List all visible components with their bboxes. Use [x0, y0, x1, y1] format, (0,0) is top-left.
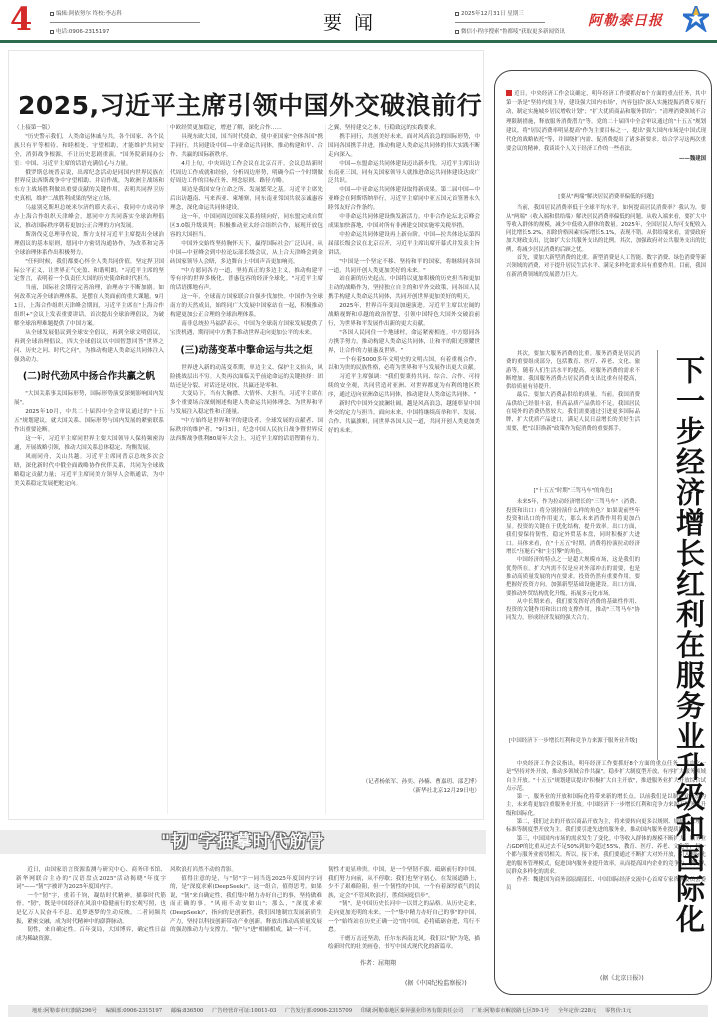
feature-author: ——魏建国: [506, 155, 706, 164]
paragraph: "中方愿同各方一道，坚持真正的多边主义，推动构建平等有序的世界多极化、普惠包容的…: [170, 267, 323, 294]
paragraph: "中国是一个坚定不移、坚持和平的国家，将继续同各国一道，共同开创人类更加美好的未…: [328, 258, 480, 276]
feature-section-1: [要从"两端"解决居民消费率偏低的问题] 当前，我国居民消费率低于全球平均水平。…: [506, 190, 706, 350]
main-story-column-1: （上接第一版） "历史警示我们，人类命运休戚与共，各个国家、各个民族只有平等相待…: [14, 124, 164, 812]
footer-retail-price: 零售价:1元: [605, 1008, 631, 1014]
newspaper-star-logo-icon: [683, 6, 709, 32]
paragraph: 当前，国际社会期待完善治理，治理赤字不断加剧。如何改革完善全球治理体系，是摆在人…: [14, 284, 164, 329]
paragraph: "各国人民同住一个地球村，命运紧密相连。中方愿同各方携手努力，推动构建人类命运共…: [328, 329, 480, 356]
paragraph: 风吹浪打岿然不动的背影。: [170, 866, 322, 875]
page-header: 4 编辑:阿依努尔 终校:李志科 电话:0906-2315197 要闻 2025…: [0, 0, 717, 38]
bottom-story-column-3: 韧性才更显珍贵。中国，是一个坚韧不拔、砥砺前行的中国。我们努力向前，从不停歇；我…: [328, 866, 480, 956]
paragraph: 一个"韧"字，重若千钧，凝结时代精神，描摹时代筋骨。"韧"，既是中国经济在风浪中…: [16, 892, 166, 926]
header-rule: [0, 40, 717, 43]
feature-source: (据《北京日报》): [600, 973, 644, 982]
paragraph: 携手同行，共创美好未来。面对风高浪急的国际形势，中国同各国携手并进，推动构建人类…: [328, 133, 480, 160]
footer-annual-price: 全年定价:228元: [558, 1008, 596, 1014]
column-divider: [325, 124, 326, 814]
paragraph: 新时代中国外交波澜壮阔，越是风高浪急，越能彰显中国外交的定力与担当。面向未来，中…: [328, 400, 480, 436]
dateline: （新华社北京12月29日电）: [328, 787, 480, 796]
checkbox-bullet-icon: [50, 12, 54, 16]
paragraph: 从全球发展倡议到全球安全倡议，再到全球文明倡议，再到全球治理倡议，四大全球倡议以…: [14, 329, 164, 365]
paragraph: 中国外交始终坚持胸怀天下，赢得国际社会广泛认同。从中国—中亚峰会到中拉论坛部长级…: [170, 240, 323, 267]
paragraph: 值得注意的是，与"韧"字一同当选2025年度国内字词的，是"深度求索(DeepS…: [170, 875, 322, 935]
newspaper-logo-text: 阿勒泰日报: [588, 10, 663, 30]
checkbox-bullet-icon: [455, 12, 459, 16]
feature-subheading: [中国经济下一步增长红利和竞争力来源于服务业升级]: [506, 737, 640, 745]
main-story-column-3: 之翼，坚持建交之本，行稳致远的实践要求。 携手同行，共创美好未来。面对风高浪急的…: [328, 124, 480, 776]
subheading-2: (二)时代劲风中扬合作共赢之帆: [14, 370, 164, 384]
paragraph: 风雨同舟，关山共越。习近平主席同普京总统多次会晤，深化新时代中俄全面战略协作伙伴…: [14, 453, 164, 489]
feature-vertical-title: 下一步经济增长红利在服务业升级和国际化: [664, 355, 704, 935]
footer-address: 地址:阿勒泰市红旗路296号: [32, 1008, 97, 1014]
paragraph: 近日，由国家语言资源监测与研究中心、商务印书馆、新华网联合主办的"汉语盘点202…: [16, 866, 166, 892]
footer-postcode: 邮编:836500: [171, 1008, 204, 1014]
paragraph: "大国关系事关国际形势，国际形势演变深刻影响国内发展"。: [14, 390, 164, 408]
wechat-line: 微信小程序搜索"鲁都唛"获取更多新闻资讯: [461, 28, 565, 36]
paragraph: 这一年，习近平主席同世界主要大国领导人保持频密沟通，开展战略引领，推动大国关系总…: [14, 435, 164, 453]
paragraph: 斯洛伐克总理菲佐说，斯方支持习近平主席提出全球治理倡议的基本原则，愿同中方密切沟…: [14, 231, 164, 258]
paragraph: 这一年，中国同周边国家关系持续向好，同东盟完成自贸区3.0版升级谈判；积极推动亚…: [170, 213, 323, 240]
paragraph: 中非命运共同体建设焕发新活力。中非合作论坛北京峰会成果加快落地，中国对所有非洲建…: [328, 213, 480, 231]
paragraph: 中欧经贸更加稳定，增进了解，深化合作……: [170, 124, 323, 133]
paragraph: 最后，要加大消费品供给的质量。当前，我国消费品供给已经很丰富，但高品质产品供给不…: [506, 391, 640, 432]
paragraph: "任何时候，我们都要心怀全人类共同价值，坚定捍卫国际公平正义，让世界正气充盈、和…: [14, 258, 164, 285]
paragraph: 从中长期来看，我们要发挥好消费的基础性作用、投资的关键作用和出口的支撑作用，推动…: [506, 598, 640, 623]
footer-ad-phone: 广告发行部:0906-2315709: [285, 1008, 352, 1014]
phone-line: 电话:0906-2315197: [56, 28, 109, 36]
subheading-3: (三)动荡变革中擎命运与共之炬: [170, 344, 323, 358]
footer-ad-license: 广告经营许可证:10011-03: [212, 1008, 276, 1014]
feature-intro-text: 近日，中央经济工作会议确定，明年经济工作要抓好8个方面的重点任务，其中第一条是"…: [506, 91, 706, 152]
editor-line: 编辑:阿依努尔 终校:李志科: [56, 10, 122, 18]
bottom-story-column-1: 近日，由国家语言资源监测与研究中心、商务印书馆、新华网联合主办的"汉语盘点202…: [16, 866, 166, 986]
bottom-story-source: (据《中国纪检监察报》): [405, 978, 467, 987]
paragraph: 韧性才更显珍贵。中国，是一个坚韧不拔、砥砺前行的中国。我们努力向前，从不停歇；我…: [328, 866, 480, 900]
paragraph: 未来5年，作为拉动经济增长的"三驾马车"（消费、投资和出口）将分别扮演什么样的角…: [506, 498, 640, 556]
page-number: 4: [10, 2, 32, 36]
feature-section-1-cont: 其次，要加大服务消费的比重。服务消费是居民消费的重要组成部分，包括教育、医疗、养…: [506, 350, 640, 480]
feature-subheading: ["十五五"时期"三驾马车"的角色]: [506, 487, 640, 495]
bottom-story-title: "韧"字描摹时代筋骨: [0, 830, 486, 854]
main-headline: 2025,习近平主席引领中国外交破浪前行: [18, 86, 478, 122]
paragraph: "中方始终是世界和平的建设者、全球发展的贡献者、国际秩序的维护者。"9月3日，纪…: [170, 417, 323, 444]
paragraph: 这一年，全球南方国家联合自强步伐加快。中国作为全球南方的天然成员，始终同广大发展…: [170, 293, 323, 320]
paragraph: 习近平主席强调："我们要秉持共同、综合、合作、可持续的安全观，共同营造对亚洲、对…: [328, 373, 480, 400]
paragraph: 具现东欧大国，国当时代使命，使中亚国家"全体各国"携手同行，共同建设中国—中亚命…: [170, 133, 323, 160]
main-story-credits: （记者杨依军、孙奕、孙楠、曹嘉玥、邵艺博） （新华社北京12月29日电）: [328, 778, 480, 806]
paragraph: 当前，我国居民消费率低于全球平均水平。如何提高居民消费率？我认为，要从"两端"（…: [506, 204, 706, 254]
checkbox-bullet-icon: [455, 30, 459, 34]
paragraph: 其次，要加大服务消费的比重。服务消费是居民消费的重要组成部分，包括教育、医疗、养…: [506, 350, 640, 391]
date-line: 2025年12月31日 星期三: [461, 10, 524, 18]
paragraph: 千磨万击还坚劲，任尔东西南北风。我们以"韧"为笔，描绘新时代的壮美画卷，书写中国…: [328, 935, 480, 952]
main-story-column-2: 中欧经贸更加稳定，增进了解，深化合作…… 具现东欧大国，国当时代使命，使中亚国家…: [170, 124, 323, 812]
paragraph: 4月上旬，中央周边工作会议在北京召开。会议总结新时代周边工作成就和经验，分析周边…: [170, 160, 323, 187]
reporter-byline: （记者杨依军、孙奕、孙楠、曹嘉玥、邵艺博）: [328, 778, 480, 787]
feature-intro: 近日，中央经济工作会议确定，明年经济工作要抓好8个方面的重点任务，其中第一条是"…: [506, 90, 706, 165]
date-info: 2025年12月31日 星期三 微信小程序搜索"鲁都唛"获取更多新闻资讯: [455, 10, 595, 36]
continued-note: （上接第一版）: [14, 124, 164, 133]
paragraph: 一个有着5000多年文明史的文明古国，有着重视合作、以和为贵的民族性格，必将为世…: [328, 356, 480, 374]
paragraph: "韧"，是中国历史长河中一以贯之的品格。从历史走来，走向更加光明的未来。一个"集…: [328, 900, 480, 934]
paragraph: 俄罗斯总统普京说，出席纪念活动是同国内世界民族在世界反法西斯战争中守望相助、并肩…: [14, 169, 164, 205]
divider: [50, 22, 200, 23]
title-divider: [657, 350, 658, 760]
footer-printer: 印刷:阿勒泰地区秦昇强业印务有限责任公司: [361, 1008, 463, 1014]
paragraph: 大变局下，当有大胸襟、大情怀、大担当。习近平主席在多个重要场合深刻阐述构建人类命…: [170, 390, 323, 417]
paragraph: "历史警示我们，人类命运休戚与共，各个国家、各个民族只有平等相待、和睦相处、守望…: [14, 133, 164, 169]
paragraph: 站在新的历史起点，中国将以更加积极的历史担当和更加主动的战略作为，坚持独立自主的…: [328, 275, 480, 302]
footer-editorial-phone: 编辑部:0906-2315197: [106, 1008, 163, 1014]
paragraph: 之翼，坚持建交之本，行稳致远的实践要求。: [328, 124, 480, 133]
paragraph: 首先，要加大新型消费的比重。新型消费是人工智能、数字消费、绿色消费等新兴领域的消…: [506, 254, 706, 279]
paragraph: 2025年，世界百年变局加速演进。习近平主席以宏阔的战略视野和卓越的政治智慧，引…: [328, 302, 480, 329]
paragraph: 2025年10月，中共二十届四中全会审议通过的"十五五"规划建议，就大国关系、国…: [14, 408, 164, 435]
section-title: 要闻: [323, 8, 385, 35]
paragraph: 乌兹别克斯坦总统米尔济约耶夫表示，我同中方成功举办上海合作组织天津峰会，愿同中方…: [14, 204, 164, 231]
bottom-story-author: 作者：屈翔翔: [360, 958, 396, 967]
paragraph: 中国经济的特点之一是超大规模市场，这是我们的优势所在。扩大内需不仅是应对外部冲击…: [506, 556, 640, 597]
paragraph: 韧性，来自确定性。百年变局，大国博弈，确定性日益成为稀缺资源。: [16, 926, 166, 943]
red-square-marker-icon: [506, 90, 512, 96]
paragraph: 中国—中亚命运共同体建设取得新成果。第二届中国—中亚峰会在阿斯塔纳举行，习近平主…: [328, 186, 480, 213]
footer-plant-address: 厂址:阿勒泰市解放路七区59-1号: [472, 1008, 549, 1014]
feature-subheading: [要从"两端"解决居民消费率偏低的问题]: [506, 193, 706, 201]
paragraph: 南非总统拉马福萨表示，中国为全球南方国家发展提供了宝贵机遇，期待同中方携手推动世…: [170, 320, 323, 338]
page-footer: 地址:阿勒泰市红旗路296号 编辑部:0906-2315197 邮编:83650…: [8, 1005, 708, 1017]
bottom-story-column-2: 风吹浪打岿然不动的背影。 值得注意的是，与"韧"字一同当选2025年度国内字词的…: [170, 866, 322, 986]
checkbox-bullet-icon: [50, 30, 54, 34]
paragraph: 世界进入新的动荡变革期，单边主义、保护主义抬头，风险挑战层出不穷。人类再次面临关…: [170, 364, 323, 391]
divider: [455, 22, 545, 23]
paragraph: 中拉命运共同体建设再上新台阶。中国—拉共体论坛第四届部长级会议在北京召开，习近平…: [328, 231, 480, 258]
editor-info: 编辑:阿依努尔 终校:李志科 电话:0906-2315197: [50, 10, 200, 36]
feature-section-2: ["十五五"时期"三驾马车"的角色] 未来5年，作为拉动经济增长的"三驾马车"（…: [506, 484, 640, 728]
paragraph: 中国—东盟命运共同体建设迈出新步伐。习近平主席出访东南亚三国，同有关国家领导人就…: [328, 160, 480, 187]
column-divider: [167, 124, 168, 814]
paragraph: 周边是我国安身立命之所、发展繁荣之基。习近平主席先后出访越南、马来西亚、柬埔寨，…: [170, 186, 323, 213]
